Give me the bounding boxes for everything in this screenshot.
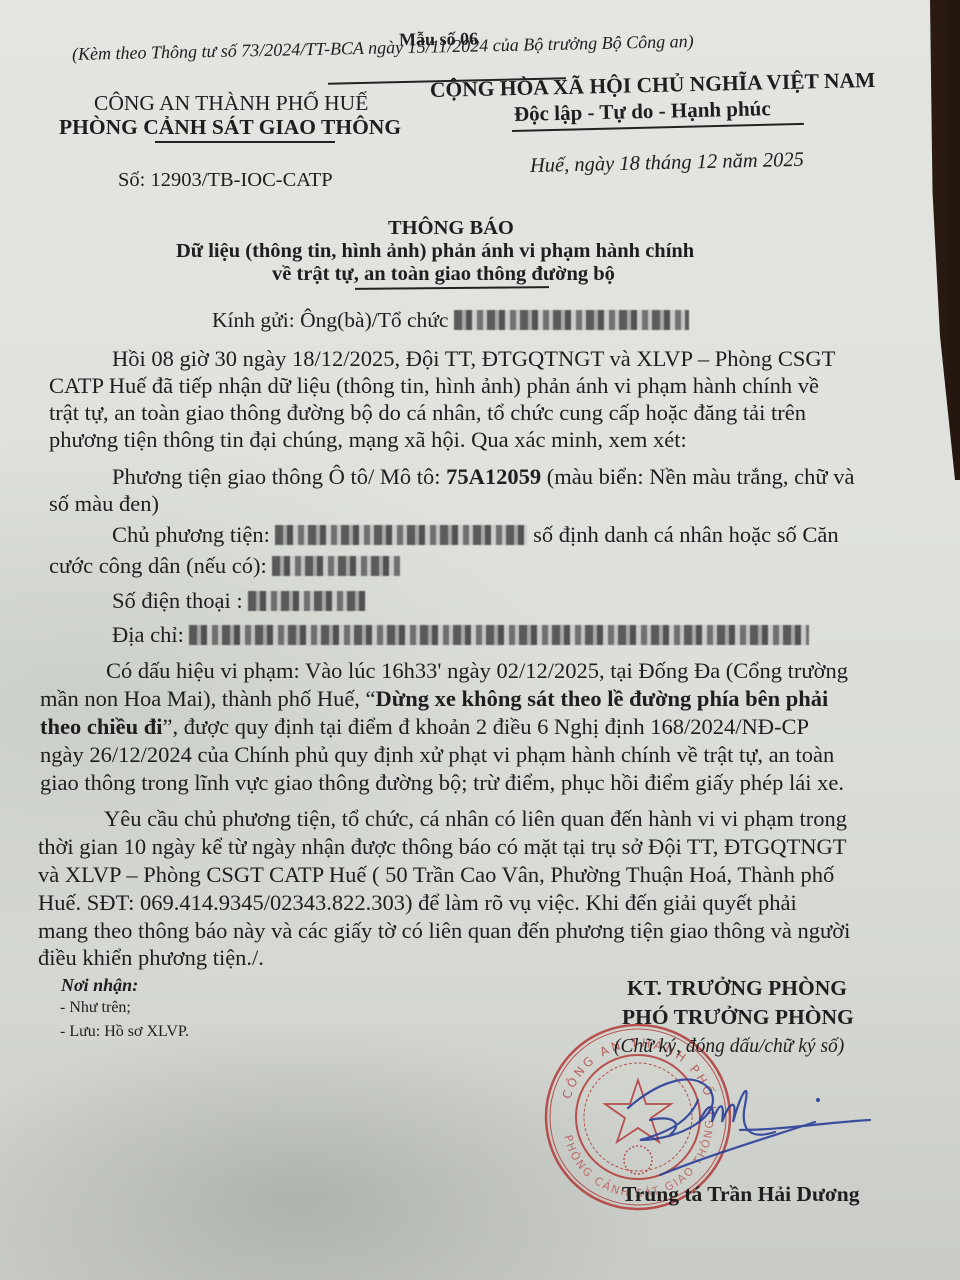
recipient-label: Kính gửi: Ông(bà)/Tổ chức xyxy=(212,308,448,332)
owner-id-label-2: cước công dân (nếu có): xyxy=(49,553,272,578)
request-line3: và XLVP – Phòng CSGT CATP Huế ( 50 Trần … xyxy=(38,864,834,887)
violation-line2: mần non Hoa Mai), thành phố Huế, “Dừng x… xyxy=(40,688,828,711)
document: Mẫu số 06 (Kèm theo Thông tư số 73/2024/… xyxy=(0,0,960,1280)
attachment-note: (Kèm theo Thông tư số 73/2024/TT-BCA ngà… xyxy=(72,32,694,63)
owner-label: Chủ phương tiện: xyxy=(112,522,275,547)
paragraph-1-line3: trật tự, an toàn giao thông đường bộ do … xyxy=(49,402,806,425)
paragraph-1-line4: phương tiện thông tin đại chúng, mạng xã… xyxy=(49,429,687,452)
plate-color: (màu biển: Nền màu trắng, chữ và xyxy=(541,464,854,489)
vehicle-line2: số màu đen) xyxy=(49,493,159,516)
signature-note: (Chữ ký, đóng dấu/chữ ký số) xyxy=(614,1037,844,1057)
violation-location: mần non Hoa Mai), thành phố Huế, “ xyxy=(40,686,376,711)
violation-description-end: theo chiều đi xyxy=(40,714,163,739)
violation-description: Dừng xe không sát theo lề đường phía bên… xyxy=(376,686,829,711)
agency-name: CÔNG AN THÀNH PHỐ HUẾ xyxy=(94,93,368,115)
paragraph-1-line2: CATP Huế đã tiếp nhận dữ liệu (thông tin… xyxy=(49,375,819,398)
owner-id-label: số định danh cá nhân hoặc số Căn xyxy=(527,522,838,547)
signer-name: Trung tá Trần Hải Dương xyxy=(622,1184,859,1206)
title-underline xyxy=(355,286,549,289)
violation-line4: ngày 26/12/2024 của Chính phủ quy định x… xyxy=(40,744,834,767)
signature-title-2: PHÓ TRƯỞNG PHÒNG xyxy=(622,1007,854,1029)
country-name: CỘNG HÒA XÃ HỘI CHỦ NGHĨA VIỆT NAM xyxy=(430,70,876,102)
recipient-item-2: - Lưu: Hồ sơ XLVP. xyxy=(60,1024,189,1040)
violation-line1: Có dấu hiệu vi phạm: Vào lúc 16h33' ngày… xyxy=(106,660,848,683)
violation-regulation: ”, được quy định tại điểm đ khoản 2 điều… xyxy=(163,714,810,739)
request-line6: điều khiển phương tiện./. xyxy=(38,947,264,970)
license-plate: 75A12059 xyxy=(446,464,541,489)
phone-line: Số điện thoại : xyxy=(112,590,366,613)
request-line1: Yêu cầu chủ phương tiện, tổ chức, cá nhâ… xyxy=(104,808,847,831)
recipient-item-1: - Như trên; xyxy=(60,1000,131,1016)
document-number: Số: 12903/TB-IOC-CATP xyxy=(118,170,333,191)
violation-line3: theo chiều đi”, được quy định tại điểm đ… xyxy=(40,716,809,739)
document-title: THÔNG BÁO xyxy=(388,218,514,239)
owner-id-redacted xyxy=(272,556,400,576)
department-name: PHÒNG CẢNH SÁT GIAO THÔNG xyxy=(59,117,401,139)
recipient-line: Kính gửi: Ông(bà)/Tổ chức xyxy=(212,310,689,332)
address-line: Địa chỉ: xyxy=(112,624,809,647)
signature-title-1: KT. TRƯỞNG PHÒNG xyxy=(627,978,847,1000)
request-line4: Huế. SĐT: 069.414.9345/02343.822.303) để… xyxy=(38,892,797,915)
document-subtitle-line2: về trật tự, an toàn giao thông đường bộ xyxy=(272,264,615,285)
paragraph-1-line1: Hồi 08 giờ 30 ngày 18/12/2025, Đội TT, Đ… xyxy=(112,348,835,371)
place-and-date: Huế, ngày 18 tháng 12 năm 2025 xyxy=(530,150,804,177)
request-line5: mang theo thông báo này và các giấy tờ c… xyxy=(38,920,850,943)
document-subtitle-line1: Dữ liệu (thông tin, hình ảnh) phản ánh v… xyxy=(176,241,694,262)
vehicle-label: Phương tiện giao thông Ô tô/ Mô tô: xyxy=(112,464,446,489)
phone-redacted xyxy=(248,591,366,611)
national-motto: Độc lập - Tự do - Hạnh phúc xyxy=(514,98,771,125)
owner-redacted xyxy=(275,525,527,545)
handwritten-signature-icon xyxy=(600,1060,880,1180)
vehicle-line1: Phương tiện giao thông Ô tô/ Mô tô: 75A1… xyxy=(112,466,854,489)
address-redacted xyxy=(189,625,809,645)
recipient-redacted xyxy=(454,310,689,330)
department-underline xyxy=(155,141,335,143)
recipients-heading: Nơi nhận: xyxy=(61,976,138,994)
owner-line2: cước công dân (nếu có): xyxy=(49,555,400,578)
address-label: Địa chỉ: xyxy=(112,622,189,647)
request-line2: thời gian 10 ngày kể từ ngày nhận được t… xyxy=(38,836,846,859)
phone-label: Số điện thoại : xyxy=(112,588,248,613)
violation-line5: giao thông trong lĩnh vực giao thông đườ… xyxy=(40,772,844,795)
owner-line1: Chủ phương tiện: số định danh cá nhân ho… xyxy=(112,524,839,547)
